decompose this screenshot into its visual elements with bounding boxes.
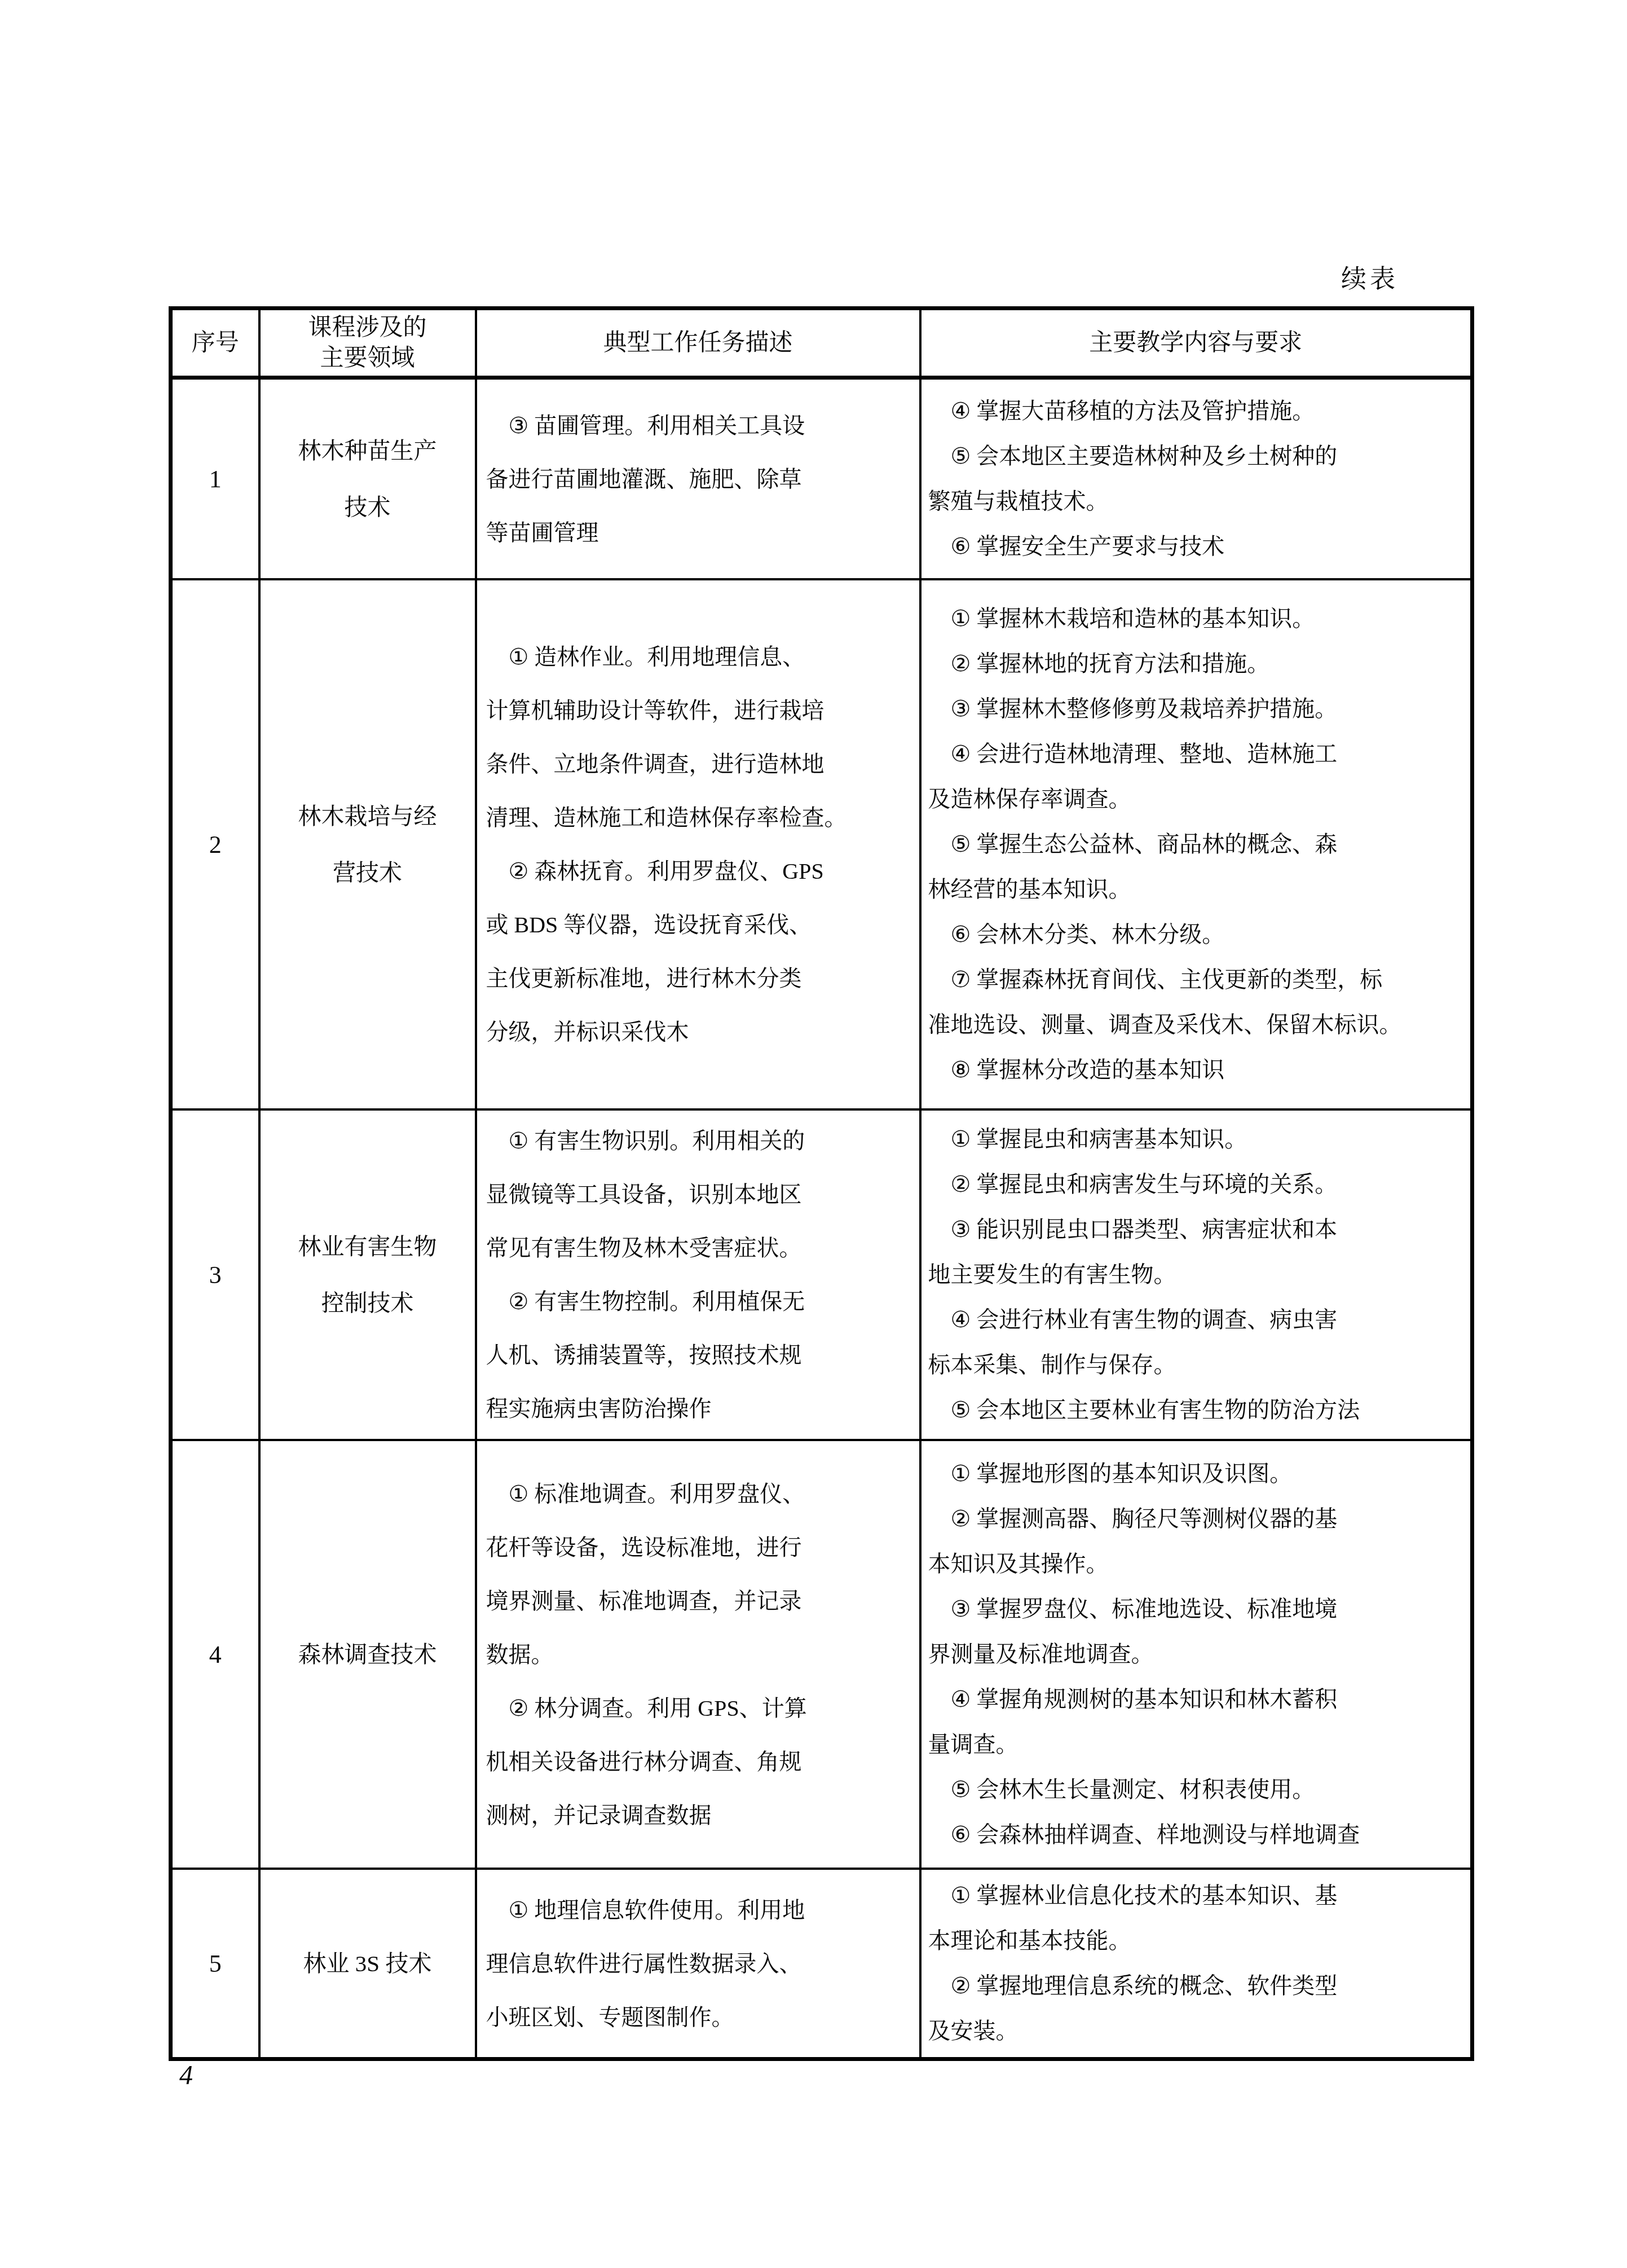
course-table: 序号 课程涉及的 主要领域 典型工作任务描述 主要教学内容与要求 1林木种苗生产… <box>169 306 1474 2061</box>
cell-teaching-content: ① 掌握昆虫和病害基本知识。 ② 掌握昆虫和病害发生与环境的关系。 ③ 能识别昆… <box>920 1109 1472 1440</box>
col-header-serial-number: 序号 <box>171 309 259 378</box>
cell-teaching-content: ① 掌握林木栽培和造林的基本知识。 ② 掌握林地的抚育方法和措施。 ③ 掌握林木… <box>920 579 1472 1109</box>
cell-course-area: 林业有害生物 控制技术 <box>259 1109 476 1440</box>
continuation-table-label: 续表 <box>1341 258 1399 295</box>
cell-course-area: 林业 3S 技术 <box>259 1869 476 2059</box>
cell-task-description: ③ 苗圃管理。利用相关工具设 备进行苗圃地灌溉、施肥、除草 等苗圃管理 <box>476 378 920 580</box>
cell-course-area: 林木栽培与经 营技术 <box>259 579 476 1109</box>
cell-serial-number: 4 <box>171 1440 259 1869</box>
cell-serial-number: 5 <box>171 1869 259 2059</box>
cell-serial-number: 3 <box>171 1109 259 1440</box>
table-row: 1林木种苗生产 技术 ③ 苗圃管理。利用相关工具设 备进行苗圃地灌溉、施肥、除草… <box>171 378 1472 580</box>
col-header-typical-task-description: 典型工作任务描述 <box>476 309 920 378</box>
table-row: 2林木栽培与经 营技术 ① 造林作业。利用地理信息、 计算机辅助设计等软件，进行… <box>171 579 1472 1109</box>
cell-teaching-content: ④ 掌握大苗移植的方法及管护措施。 ⑤ 会本地区主要造林树种及乡土树种的 繁殖与… <box>920 378 1472 580</box>
cell-task-description: ① 有害生物识别。利用相关的 显微镜等工具设备，识别本地区 常见有害生物及林木受… <box>476 1109 920 1440</box>
cell-serial-number: 2 <box>171 579 259 1109</box>
table-row: 3林业有害生物 控制技术 ① 有害生物识别。利用相关的 显微镜等工具设备，识别本… <box>171 1109 1472 1440</box>
cell-course-area: 森林调查技术 <box>259 1440 476 1869</box>
page-number: 4 <box>179 2060 193 2091</box>
cell-course-area: 林木种苗生产 技术 <box>259 378 476 580</box>
cell-teaching-content: ① 掌握地形图的基本知识及识图。 ② 掌握测高器、胸径尺等测树仪器的基 本知识及… <box>920 1440 1472 1869</box>
cell-task-description: ① 造林作业。利用地理信息、 计算机辅助设计等软件，进行栽培 条件、立地条件调查… <box>476 579 920 1109</box>
cell-task-description: ① 标准地调查。利用罗盘仪、 花杆等设备，选设标准地，进行 境界测量、标准地调查… <box>476 1440 920 1869</box>
cell-teaching-content: ① 掌握林业信息化技术的基本知识、基 本理论和基本技能。 ② 掌握地理信息系统的… <box>920 1869 1472 2059</box>
table-row: 5林业 3S 技术 ① 地理信息软件使用。利用地 理信息软件进行属性数据录入、 … <box>171 1869 1472 2059</box>
header-row: 序号 课程涉及的 主要领域 典型工作任务描述 主要教学内容与要求 <box>171 309 1472 378</box>
cell-task-description: ① 地理信息软件使用。利用地 理信息软件进行属性数据录入、 小班区划、专题图制作… <box>476 1869 920 2059</box>
cell-serial-number: 1 <box>171 378 259 580</box>
course-table-body: 1林木种苗生产 技术 ③ 苗圃管理。利用相关工具设 备进行苗圃地灌溉、施肥、除草… <box>171 378 1472 2059</box>
course-table-header: 序号 课程涉及的 主要领域 典型工作任务描述 主要教学内容与要求 <box>171 309 1472 378</box>
col-header-course-main-area: 课程涉及的 主要领域 <box>259 309 476 378</box>
table-row: 4森林调查技术 ① 标准地调查。利用罗盘仪、 花杆等设备，选设标准地，进行 境界… <box>171 1440 1472 1869</box>
col-header-teaching-content-requirements: 主要教学内容与要求 <box>920 309 1472 378</box>
